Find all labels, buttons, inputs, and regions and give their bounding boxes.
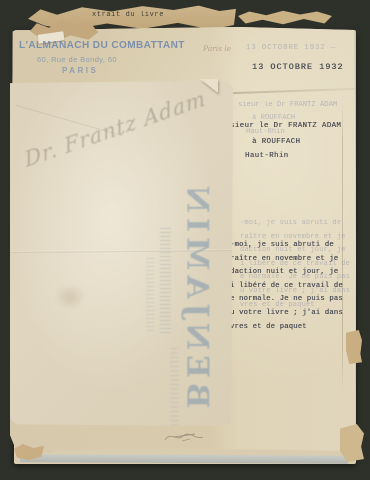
bleedthrough-small-text [146, 258, 154, 332]
bleedthrough-word: BENJAMIN [180, 180, 215, 408]
torn-paper-fragment [238, 10, 332, 25]
body-line: u votre livre ; j'ai dans [230, 307, 350, 321]
body-line: daction nuit et jour, je [230, 266, 350, 280]
paper-stain [54, 284, 86, 310]
letterhead-address: 60, Rue de Bondy, 60 [37, 55, 117, 64]
body-line: raître en novembre et je [230, 253, 350, 267]
body-line: e normale. Je ne puis pas [230, 293, 350, 307]
date-ghost-impression: 13 OCTOBRE 1932 — [246, 44, 336, 52]
right-edge-chip [340, 424, 364, 462]
pencil-scribble [162, 427, 214, 447]
body-line: i libéré de ce travail de [230, 280, 350, 294]
bleedthrough-small-text [170, 348, 179, 426]
body-line: vres et de paquet [230, 321, 350, 335]
right-edge-chip [346, 330, 362, 364]
body-line: -moi, je suis abruti de [230, 239, 350, 253]
bleedthrough-publisher-mark: BENJAMIN [174, 196, 220, 392]
recipient-line: Haut-Rhin [245, 152, 289, 160]
torn-strip-typed-text: xtrait du livre [92, 11, 164, 19]
recipient-line: sieur le Dr FRANTZ ADAM [230, 122, 341, 130]
recipient-line: à ROUFFACH [252, 138, 300, 146]
recipient-ghost-line: à ROUFFACH [252, 114, 295, 122]
body-text: -moi, je suis abruti de raître en novemb… [230, 239, 350, 334]
scanned-letter-page: xtrait du livre L'ALMANACH DU COMBATTANT… [0, 0, 370, 480]
printed-dateline-prefix: Paris le [203, 44, 231, 53]
bottom-sheet-edge [20, 454, 348, 463]
bleedthrough-small-text [160, 228, 171, 336]
letterhead-city: PARIS [62, 66, 98, 75]
body-ghost-line: -moi, je suis abruti de [240, 217, 360, 231]
recipient-ghost-line: sieur le Dr FRANTZ ADAM [238, 101, 337, 109]
letterhead-title: L'ALMANACH DU COMBATTANT [19, 39, 185, 51]
typed-date: 13 OCTOBRE 1932 [252, 62, 344, 72]
